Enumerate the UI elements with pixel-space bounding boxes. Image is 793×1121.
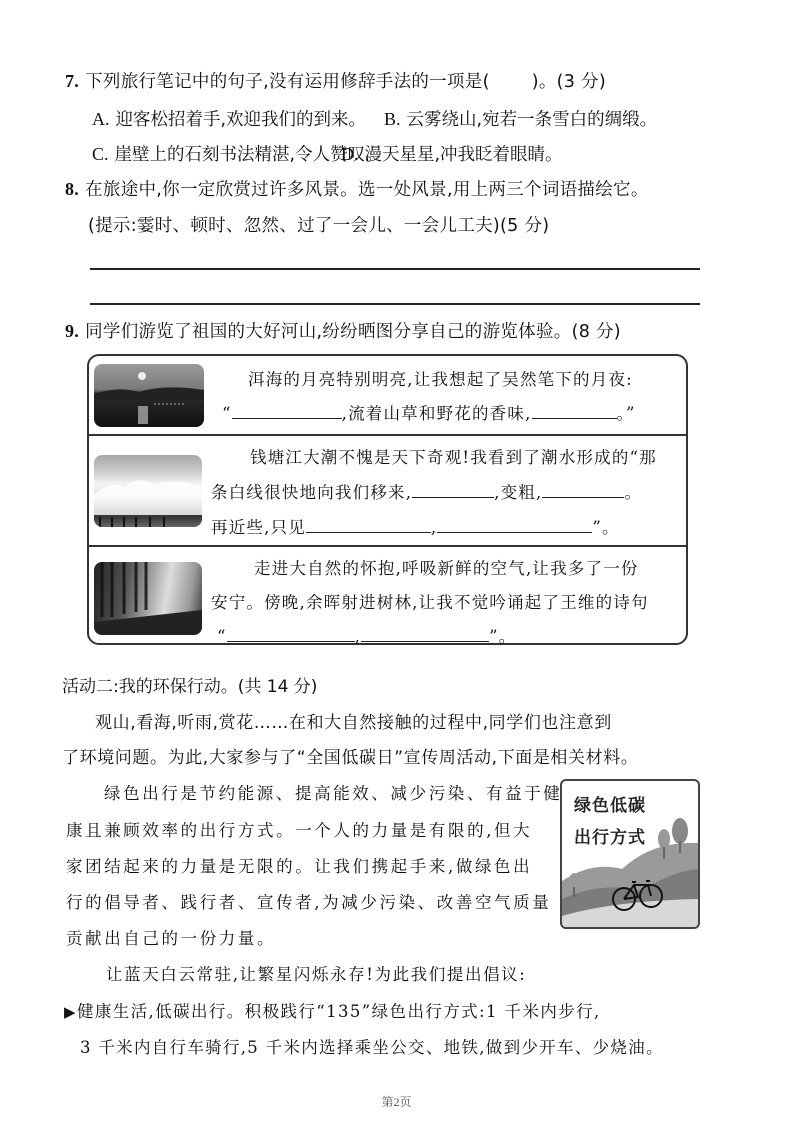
q9-row2-line3: 再近些,只见,”。 — [211, 514, 620, 538]
moonlit-lake-photo — [94, 364, 204, 427]
q7-option-a: A.迎客松招着手,欢迎我们的到来。 — [92, 106, 366, 131]
q9-row2-blank-4[interactable] — [437, 518, 592, 533]
q7-option-d: D.漫天星星,冲我眨着眼睛。 — [341, 141, 563, 166]
option-letter: A. — [92, 109, 110, 129]
material-line-1: 绿色出行是节约能源、提高能效、减少污染、有益于健 — [104, 780, 562, 804]
tidal-bore-photo — [94, 455, 202, 527]
quote-close: ”。 — [489, 627, 516, 646]
material-line-5: 贡献出自己的一份力量。 — [66, 925, 276, 949]
proposal-intro: 让蓝天白云常驻,让繁星闪烁永存!为此我们提出倡议: — [106, 961, 526, 985]
wave-icon — [94, 455, 202, 527]
option-letter: C. — [92, 144, 109, 164]
green-travel-poster: 绿色低碳 出行方式 — [560, 779, 700, 929]
quote-close: 。” — [617, 404, 636, 423]
q7-option-c: C.崖壁上的石刻书法精湛,令人赞叹。 — [92, 141, 383, 166]
option-text: 迎客松招着手,欢迎我们的到来。 — [116, 110, 367, 130]
moon-icon — [94, 364, 204, 427]
q8-number: 8. — [65, 179, 79, 199]
q9-row2-text-b: ,变粗, — [494, 483, 542, 502]
q7-option-b: B.云雾绕山,宛若一条雪白的绸缎。 — [384, 106, 657, 131]
q9-row1-line2: “,流着山草和野花的香味,。” — [222, 400, 636, 424]
q9-stem: 9.同学们游览了祖国的大好河山,纷纷晒图分享自己的游览体验。(8 分) — [65, 318, 621, 343]
q8-answer-line-2[interactable] — [90, 303, 700, 305]
q9-row2-line2: 条白线很快地向我们移来,,变粗,。 — [211, 479, 642, 503]
poster-title-line2: 出行方式 — [574, 823, 646, 848]
q9-row3-blank-1[interactable] — [227, 627, 355, 642]
q9-number: 9. — [65, 321, 79, 341]
proposal-bullet: ▶健康生活,低碳出行。积极践行“135”绿色出行方式:1 千米内步行, — [64, 998, 601, 1022]
option-letter: B. — [384, 109, 401, 129]
q9-row3-blank-2[interactable] — [361, 627, 489, 642]
quote-open: “ — [222, 404, 232, 423]
q9-row2-end: 。 — [624, 483, 642, 502]
page-number: 第2页 — [0, 1093, 793, 1110]
q9-row1-mid: ,流着山草和野花的香味, — [342, 404, 532, 423]
q9-row2-line1: 钱塘江大潮不愧是天下奇观!我看到了潮水形成的“那 — [250, 444, 657, 468]
q9-stem-text: 同学们游览了祖国的大好河山,纷纷晒图分享自己的游览体验。(8 分) — [85, 322, 621, 342]
material-line-2: 康且兼顾效率的出行方式。一个人的力量是有限的,但大 — [66, 817, 532, 841]
poster-title-line1: 绿色低碳 — [574, 791, 646, 816]
q8-stem: 8.在旅途中,你一定欣赏过许多风景。选一处风景,用上两三个词语描绘它。 — [65, 176, 649, 201]
proposal-bullet-line1: 健康生活,低碳出行。积极践行“135”绿色出行方式:1 千米内步行, — [77, 1002, 601, 1021]
q9-row1-blank-2[interactable] — [532, 404, 617, 419]
activity2-intro-line2: 了环境问题。为此,大家参与了“全国低碳日”宣传周活动,下面是相关材料。 — [62, 743, 638, 768]
q9-row3-line2: 安宁。傍晚,余晖射进树林,让我不觉吟诵起了王维的诗句 — [211, 589, 649, 613]
q9-row2-blank-3[interactable] — [306, 518, 431, 533]
quote-close: ”。 — [592, 518, 619, 537]
triangle-bullet-icon: ▶ — [64, 1003, 77, 1021]
q9-row2-text-a: 条白线很快地向我们移来, — [211, 483, 412, 502]
forest-sunlight-photo — [94, 562, 202, 635]
option-letter: D. — [341, 144, 359, 164]
q7-score: )。(3 分) — [532, 72, 606, 92]
forest-icon — [94, 562, 202, 635]
option-text: 云雾绕山,宛若一条雪白的绸缎。 — [407, 110, 658, 130]
q9-row2-blank-1[interactable] — [412, 483, 494, 498]
q7-stem-text: 下列旅行笔记中的句子,没有运用修辞手法的一项是( — [85, 72, 490, 92]
activity2-intro-line1: 观山,看海,听雨,赏花……在和大自然接触的过程中,同学们也注意到 — [95, 708, 612, 733]
quote-open: “ — [217, 627, 227, 646]
q8-stem-text: 在旅途中,你一定欣赏过许多风景。选一处风景,用上两三个词语描绘它。 — [85, 180, 649, 200]
option-text: 漫天星星,冲我眨着眼睛。 — [365, 145, 563, 165]
q7-stem: 7.下列旅行笔记中的句子,没有运用修辞手法的一项是()。(3 分) — [65, 68, 606, 93]
q9-row1-blank-1[interactable] — [232, 404, 342, 419]
material-line-4: 行的倡导者、践行者、宣传者,为减少污染、改善空气质量 — [66, 889, 551, 913]
proposal-bullet-line2: 3 千米内自行车骑行,5 千米内选择乘坐公交、地铁,做到少开车、少烧油。 — [80, 1034, 664, 1058]
q9-row-divider — [87, 434, 686, 436]
q9-row3-line1: 走进大自然的怀抱,呼吸新鲜的空气,让我多了一份 — [254, 555, 639, 579]
activity2-title: 活动二:我的环保行动。(共 14 分) — [62, 672, 317, 697]
q9-row2-blank-2[interactable] — [542, 483, 624, 498]
q9-row1-line1: 洱海的月亮特别明亮,让我想起了吴然笔下的月夜: — [248, 366, 633, 390]
q9-row-divider — [87, 545, 686, 547]
q9-row3-line3: “,”。 — [217, 623, 516, 647]
q8-hint: (提示:霎时、顿时、忽然、过了一会儿、一会儿工夫)(5 分) — [88, 212, 549, 237]
q7-number: 7. — [65, 71, 79, 91]
material-line-3: 家团结起来的力量是无限的。让我们携起手来,做绿色出 — [66, 853, 532, 877]
q8-answer-line-1[interactable] — [90, 268, 700, 270]
q9-row2-text-c: 再近些,只见 — [211, 518, 306, 537]
